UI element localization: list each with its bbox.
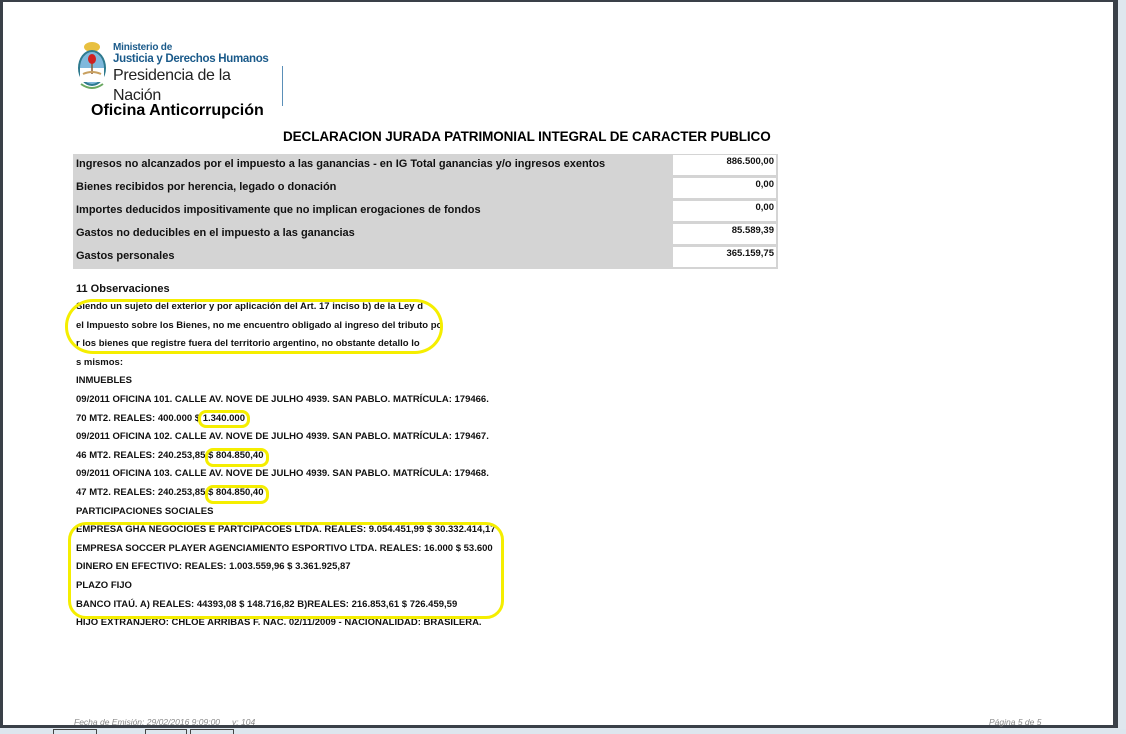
row-value: 886.500,00 <box>673 155 776 175</box>
observation-line: 47 MT2. REALES: 240.253,85 $ 804.850,40 <box>76 486 496 505</box>
observation-line: PARTICIPACIONES SOCIALES <box>76 505 496 524</box>
highlight-annotation <box>68 522 504 619</box>
table-row: Bienes recibidos por herencia, legado o … <box>73 177 778 200</box>
page-number: Página 5 de 5 <box>989 717 1041 727</box>
office-name: Oficina Anticorrupción <box>91 102 264 120</box>
highlight-annotation <box>205 485 269 504</box>
table-row: Gastos personales 365.159,75 <box>73 246 778 269</box>
observations-title: 11 Observaciones <box>76 283 170 295</box>
row-label: Bienes recibidos por herencia, legado o … <box>73 177 671 200</box>
version: v: 104 <box>232 717 255 727</box>
row-value: 0,00 <box>673 201 776 221</box>
highlight-annotation <box>198 410 250 428</box>
highlight-annotation <box>65 299 443 354</box>
highlight-annotation <box>205 448 269 467</box>
footer-emission: Fecha de Emisión: 29/02/2016 9:09:00v: 1… <box>74 717 255 727</box>
row-label: Gastos personales <box>73 246 671 269</box>
observation-line: 70 MT2. REALES: 400.000 $ 1.340.000 <box>76 412 496 431</box>
ministry-logo: Ministerio de Justicia y Derechos Humano… <box>73 38 283 96</box>
document-title: DECLARACION JURADA PATRIMONIAL INTEGRAL … <box>283 129 771 144</box>
observation-line: 09/2011 OFICINA 102. CALLE AV. NOVE DE J… <box>76 430 496 449</box>
row-value: 0,00 <box>673 178 776 198</box>
observation-line: 46 MT2. REALES: 240.253,85 $ 804.850,40 <box>76 449 496 468</box>
ministry-name-line1: Ministerio de <box>113 42 283 53</box>
ministry-name-line3: Presidencia de la Nación <box>113 66 283 106</box>
row-label: Ingresos no alcanzados por el impuesto a… <box>73 154 671 177</box>
ministry-name-line2: Justicia y Derechos Humanos <box>113 53 283 66</box>
observation-line: INMUEBLES <box>76 374 496 393</box>
summary-table: Ingresos no alcanzados por el impuesto a… <box>73 154 778 269</box>
viewer-bottom-strip <box>0 729 1126 734</box>
row-label: Importes deducidos impositivamente que n… <box>73 200 671 223</box>
pdf-page: Ministerio de Justicia y Derechos Humano… <box>0 0 1118 728</box>
observation-line: 09/2011 OFICINA 103. CALLE AV. NOVE DE J… <box>76 467 496 486</box>
table-row: Importes deducidos impositivamente que n… <box>73 200 778 223</box>
emission-date: Fecha de Emisión: 29/02/2016 9:09:00 <box>74 717 220 727</box>
row-label: Gastos no deducibles en el impuesto a la… <box>73 223 671 246</box>
observation-line: s mismos: <box>76 356 496 375</box>
row-value: 85.589,39 <box>673 224 776 244</box>
argentina-coat-of-arms-icon <box>75 40 109 92</box>
row-value: 365.159,75 <box>673 247 776 267</box>
table-row: Ingresos no alcanzados por el impuesto a… <box>73 154 778 177</box>
table-row: Gastos no deducibles en el impuesto a la… <box>73 223 778 246</box>
observation-line: 09/2011 OFICINA 101. CALLE AV. NOVE DE J… <box>76 393 496 412</box>
